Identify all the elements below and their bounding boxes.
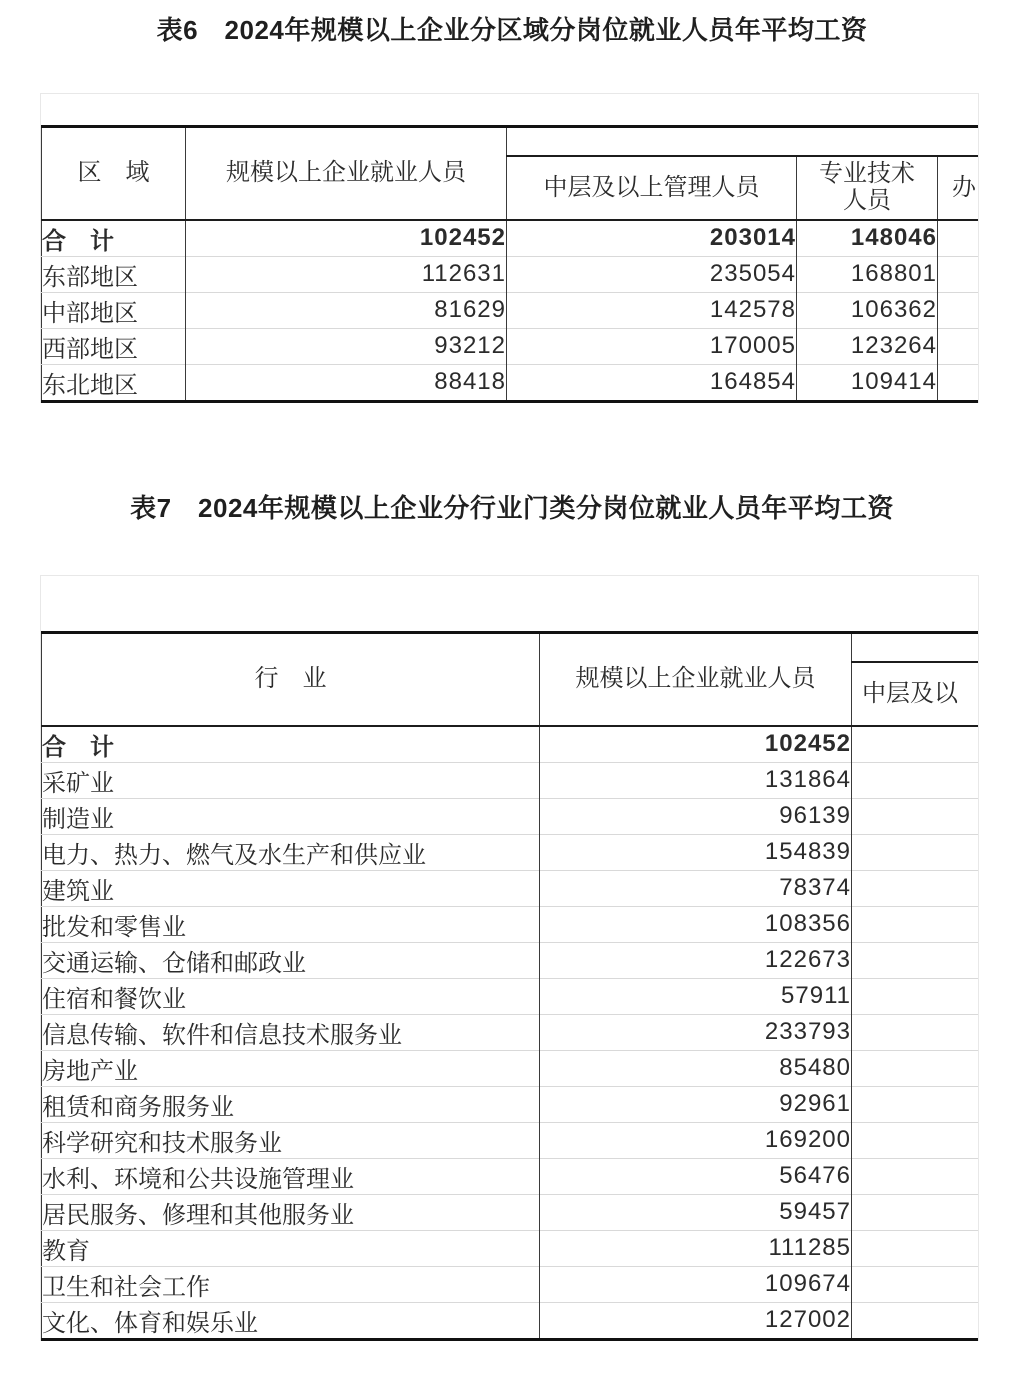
col-header-clerical-clipped: 办 bbox=[938, 156, 980, 220]
table-row: 东北地区 88418 164854 109414 bbox=[42, 364, 980, 401]
cell-all: 81629 bbox=[186, 292, 507, 328]
cell-all: 85480 bbox=[540, 1050, 852, 1086]
cell-industry: 采矿业 bbox=[42, 762, 540, 798]
col-header-all-employees: 规模以上企业就业人员 bbox=[186, 127, 507, 220]
cell-industry: 房地产业 bbox=[42, 1050, 540, 1086]
cell-industry: 文化、体育和娱乐业 bbox=[42, 1302, 540, 1339]
cell-all: 131864 bbox=[540, 762, 852, 798]
cell-clipped bbox=[852, 798, 980, 834]
table6-title: 表6 2024年规模以上企业分区域分岗位就业人员年平均工资 bbox=[0, 10, 1024, 47]
cell-region: 合 计 bbox=[42, 220, 186, 257]
cell-all: 112631 bbox=[186, 256, 507, 292]
cell-all: 233793 bbox=[540, 1014, 852, 1050]
cell-all: 111285 bbox=[540, 1230, 852, 1266]
cell-prof: 148046 bbox=[797, 220, 938, 257]
cell-all: 96139 bbox=[540, 798, 852, 834]
table7-group-header-row: 行 业 规模以上企业就业人员 bbox=[42, 633, 980, 662]
cell-clipped bbox=[852, 942, 980, 978]
cell-clipped bbox=[852, 1230, 980, 1266]
cell-clipped bbox=[852, 1122, 980, 1158]
cell-clipped bbox=[938, 220, 980, 257]
cell-industry: 信息传输、软件和信息技术服务业 bbox=[42, 1014, 540, 1050]
table6-group-header-row: 区 域 规模以上企业就业人员 bbox=[42, 127, 980, 156]
table-row: 租赁和商务服务业 92961 bbox=[42, 1086, 980, 1122]
col-header-region: 区 域 bbox=[42, 127, 186, 220]
cell-all: 56476 bbox=[540, 1158, 852, 1194]
table-row-total: 合 计 102452 bbox=[42, 726, 980, 763]
table-row: 房地产业 85480 bbox=[42, 1050, 980, 1086]
cell-all: 57911 bbox=[540, 978, 852, 1014]
cell-prof: 123264 bbox=[797, 328, 938, 364]
table7-scroll-container[interactable]: 行 业 规模以上企业就业人员 中层及以 合 计 102452 采矿业 13186… bbox=[40, 575, 979, 1341]
cell-all: 169200 bbox=[540, 1122, 852, 1158]
cell-all: 59457 bbox=[540, 1194, 852, 1230]
cell-industry: 居民服务、修理和其他服务业 bbox=[42, 1194, 540, 1230]
cell-clipped bbox=[852, 1014, 980, 1050]
cell-all: 88418 bbox=[186, 364, 507, 401]
table-row: 西部地区 93212 170005 123264 bbox=[42, 328, 980, 364]
cell-all: 127002 bbox=[540, 1302, 852, 1339]
cell-industry: 建筑业 bbox=[42, 870, 540, 906]
table-row: 教育 111285 bbox=[42, 1230, 980, 1266]
cell-clipped bbox=[852, 834, 980, 870]
cell-all: 102452 bbox=[186, 220, 507, 257]
col-header-all-employees: 规模以上企业就业人员 bbox=[540, 633, 852, 726]
cell-clipped bbox=[852, 1158, 980, 1194]
cell-clipped bbox=[938, 256, 980, 292]
cell-all: 78374 bbox=[540, 870, 852, 906]
table-row: 制造业 96139 bbox=[42, 798, 980, 834]
cell-mid: 235054 bbox=[507, 256, 797, 292]
cell-region: 东北地区 bbox=[42, 364, 186, 401]
cell-all: 92961 bbox=[540, 1086, 852, 1122]
cell-clipped bbox=[938, 364, 980, 401]
document-page: 表6 2024年规模以上企业分区域分岗位就业人员年平均工资 区 域 规模以上企业… bbox=[0, 0, 1024, 1400]
cell-clipped bbox=[852, 1194, 980, 1230]
cell-clipped bbox=[852, 906, 980, 942]
cell-mid: 170005 bbox=[507, 328, 797, 364]
industry-wage-table: 行 业 规模以上企业就业人员 中层及以 合 计 102452 采矿业 13186… bbox=[41, 631, 979, 1341]
cell-all: 93212 bbox=[186, 328, 507, 364]
cell-industry: 水利、环境和公共设施管理业 bbox=[42, 1158, 540, 1194]
col-header-industry: 行 业 bbox=[42, 633, 540, 726]
cell-clipped bbox=[852, 1086, 980, 1122]
table-row: 住宿和餐饮业 57911 bbox=[42, 978, 980, 1014]
cell-clipped bbox=[938, 292, 980, 328]
table-row: 批发和零售业 108356 bbox=[42, 906, 980, 942]
cell-region: 中部地区 bbox=[42, 292, 186, 328]
col-group-positions bbox=[852, 633, 980, 662]
table-row: 东部地区 112631 235054 168801 bbox=[42, 256, 980, 292]
table-row: 电力、热力、燃气及水生产和供应业 154839 bbox=[42, 834, 980, 870]
cell-clipped bbox=[938, 328, 980, 364]
cell-industry: 卫生和社会工作 bbox=[42, 1266, 540, 1302]
table6-scroll-container[interactable]: 区 域 规模以上企业就业人员 中层及以上管理人员 专业技术人员 办 合 计 10… bbox=[40, 93, 979, 403]
table-row: 科学研究和技术服务业 169200 bbox=[42, 1122, 980, 1158]
cell-industry: 住宿和餐饮业 bbox=[42, 978, 540, 1014]
cell-mid: 142578 bbox=[507, 292, 797, 328]
cell-clipped bbox=[852, 1050, 980, 1086]
table-row-total: 合 计 102452 203014 148046 bbox=[42, 220, 980, 257]
cell-region: 西部地区 bbox=[42, 328, 186, 364]
table-row: 中部地区 81629 142578 106362 bbox=[42, 292, 980, 328]
table-row: 采矿业 131864 bbox=[42, 762, 980, 798]
cell-clipped bbox=[852, 1266, 980, 1302]
table-row: 文化、体育和娱乐业 127002 bbox=[42, 1302, 980, 1339]
cell-all: 108356 bbox=[540, 906, 852, 942]
cell-clipped bbox=[852, 978, 980, 1014]
cell-industry: 科学研究和技术服务业 bbox=[42, 1122, 540, 1158]
col-group-positions bbox=[507, 127, 980, 156]
cell-prof: 109414 bbox=[797, 364, 938, 401]
cell-all: 154839 bbox=[540, 834, 852, 870]
cell-industry: 电力、热力、燃气及水生产和供应业 bbox=[42, 834, 540, 870]
cell-industry: 教育 bbox=[42, 1230, 540, 1266]
cell-clipped bbox=[852, 870, 980, 906]
col-header-mid-managers: 中层及以上管理人员 bbox=[507, 156, 797, 220]
cell-region: 东部地区 bbox=[42, 256, 186, 292]
table-row: 卫生和社会工作 109674 bbox=[42, 1266, 980, 1302]
cell-mid: 203014 bbox=[507, 220, 797, 257]
table-row: 信息传输、软件和信息技术服务业 233793 bbox=[42, 1014, 980, 1050]
cell-prof: 106362 bbox=[797, 292, 938, 328]
table-row: 交通运输、仓储和邮政业 122673 bbox=[42, 942, 980, 978]
cell-industry: 合 计 bbox=[42, 726, 540, 763]
table-row: 水利、环境和公共设施管理业 56476 bbox=[42, 1158, 980, 1194]
table-row: 建筑业 78374 bbox=[42, 870, 980, 906]
cell-all: 122673 bbox=[540, 942, 852, 978]
col-header-professionals: 专业技术人员 bbox=[797, 156, 938, 220]
cell-all: 109674 bbox=[540, 1266, 852, 1302]
table-row: 居民服务、修理和其他服务业 59457 bbox=[42, 1194, 980, 1230]
cell-clipped bbox=[852, 726, 980, 763]
cell-prof: 168801 bbox=[797, 256, 938, 292]
cell-mid: 164854 bbox=[507, 364, 797, 401]
cell-all: 102452 bbox=[540, 726, 852, 763]
cell-industry: 制造业 bbox=[42, 798, 540, 834]
table7-title: 表7 2024年规模以上企业分行业门类分岗位就业人员年平均工资 bbox=[0, 488, 1024, 525]
cell-industry: 租赁和商务服务业 bbox=[42, 1086, 540, 1122]
cell-industry: 批发和零售业 bbox=[42, 906, 540, 942]
cell-clipped bbox=[852, 1302, 980, 1339]
cell-clipped bbox=[852, 762, 980, 798]
cell-industry: 交通运输、仓储和邮政业 bbox=[42, 942, 540, 978]
region-wage-table: 区 域 规模以上企业就业人员 中层及以上管理人员 专业技术人员 办 合 计 10… bbox=[41, 125, 979, 403]
col-header-mid-managers-clipped: 中层及以 bbox=[852, 662, 980, 726]
